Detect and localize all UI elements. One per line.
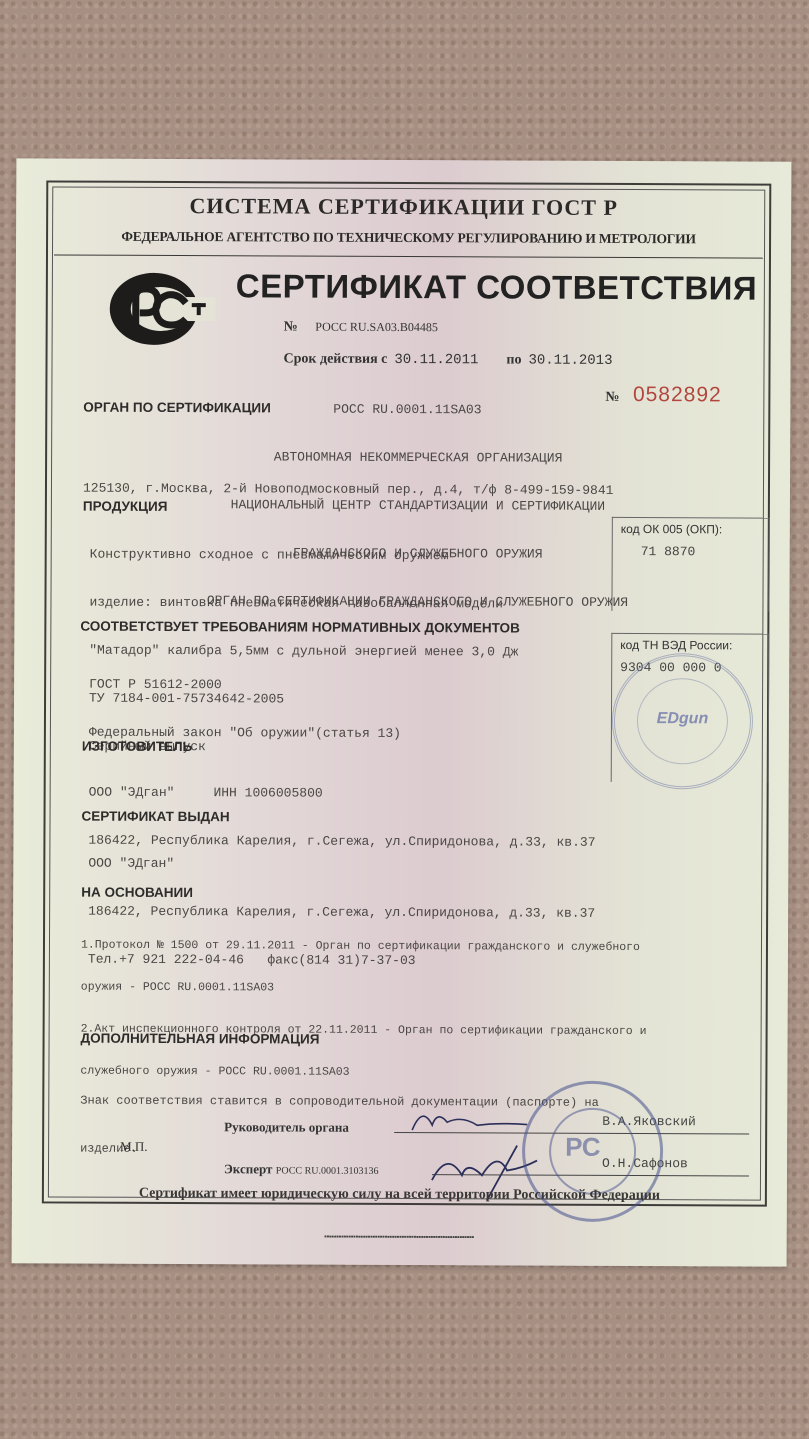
tnved-code-label: код ТН ВЭД России:: [620, 638, 760, 653]
certification-body-code: РОСС RU.0001.11SA03: [333, 402, 481, 419]
issued-to-heading: СЕРТИФИКАТ ВЫДАН: [82, 809, 230, 825]
signature-head-icon: [407, 1100, 537, 1141]
valid-to-date: 30.11.2013: [528, 353, 612, 369]
certification-body-address: 125130, г.Москва, 2-й Новоподмосковный п…: [83, 481, 614, 499]
agency-name: ФЕДЕРАЛЬНОЕ АГЕНТСТВО ПО ТЕХНИЧЕСКОМУ РЕ…: [56, 228, 761, 247]
product-heading: ПРОДУКЦИЯ: [83, 499, 168, 514]
okp-code-box: код ОК 005 (ОКП): 71 8870: [611, 517, 769, 612]
gost-r-pct-logo-icon: [106, 267, 216, 347]
system-title: СИСТЕМА СЕРТИФИКАЦИИ ГОСТ Р: [16, 192, 791, 221]
expert-code: РОСС RU.0001.3103136: [276, 1165, 379, 1176]
certificate-title: СЕРТИФИКАТ СООТВЕТСТВИЯ: [236, 267, 757, 307]
seal-place-label: М.П.: [120, 1139, 148, 1155]
serial-number-value: 0582892: [633, 383, 722, 406]
registration-number: № РОСС RU.SA03.B04485: [284, 319, 438, 336]
additional-info-heading: ДОПОЛНИТЕЛЬНАЯ ИНФОРМАЦИЯ: [81, 1031, 320, 1047]
basis-heading: НА ОСНОВАНИИ: [81, 885, 193, 900]
certificate-paper: СИСТЕМА СЕРТИФИКАЦИИ ГОСТ Р ФЕДЕРАЛЬНОЕ …: [12, 158, 792, 1266]
printer-note: ■■■■■■■■■■■■■■■■■■■■■■■■■■■■■■■■■■■■■■■■…: [212, 1233, 587, 1240]
valid-from-date: 30.11.2011: [394, 352, 478, 368]
head-of-body-label: Руководитель органа: [224, 1119, 349, 1136]
registration-number-value: РОСС RU.SA03.B04485: [315, 320, 438, 335]
validity-period: Срок действия с 30.11.2011 по 30.11.2013: [284, 351, 613, 368]
conformity-heading: СООТВЕТСТВУЕТ ТРЕБОВАНИЯМ НОРМАТИВНЫХ ДО…: [80, 619, 520, 636]
edgun-stamp-icon: EDgun: [612, 653, 754, 790]
expert-label: Эксперт РОСС RU.0001.3103136: [224, 1161, 379, 1178]
serial-number: № 0582892: [605, 383, 721, 408]
okp-code-label: код ОК 005 (ОКП):: [621, 522, 761, 537]
okp-code-value: 71 8870: [621, 544, 761, 560]
legal-validity-note: Сертификат имеет юридическую силу на все…: [12, 1185, 787, 1204]
certification-body-heading: ОРГАН ПО СЕРТИФИКАЦИИ: [83, 400, 271, 416]
